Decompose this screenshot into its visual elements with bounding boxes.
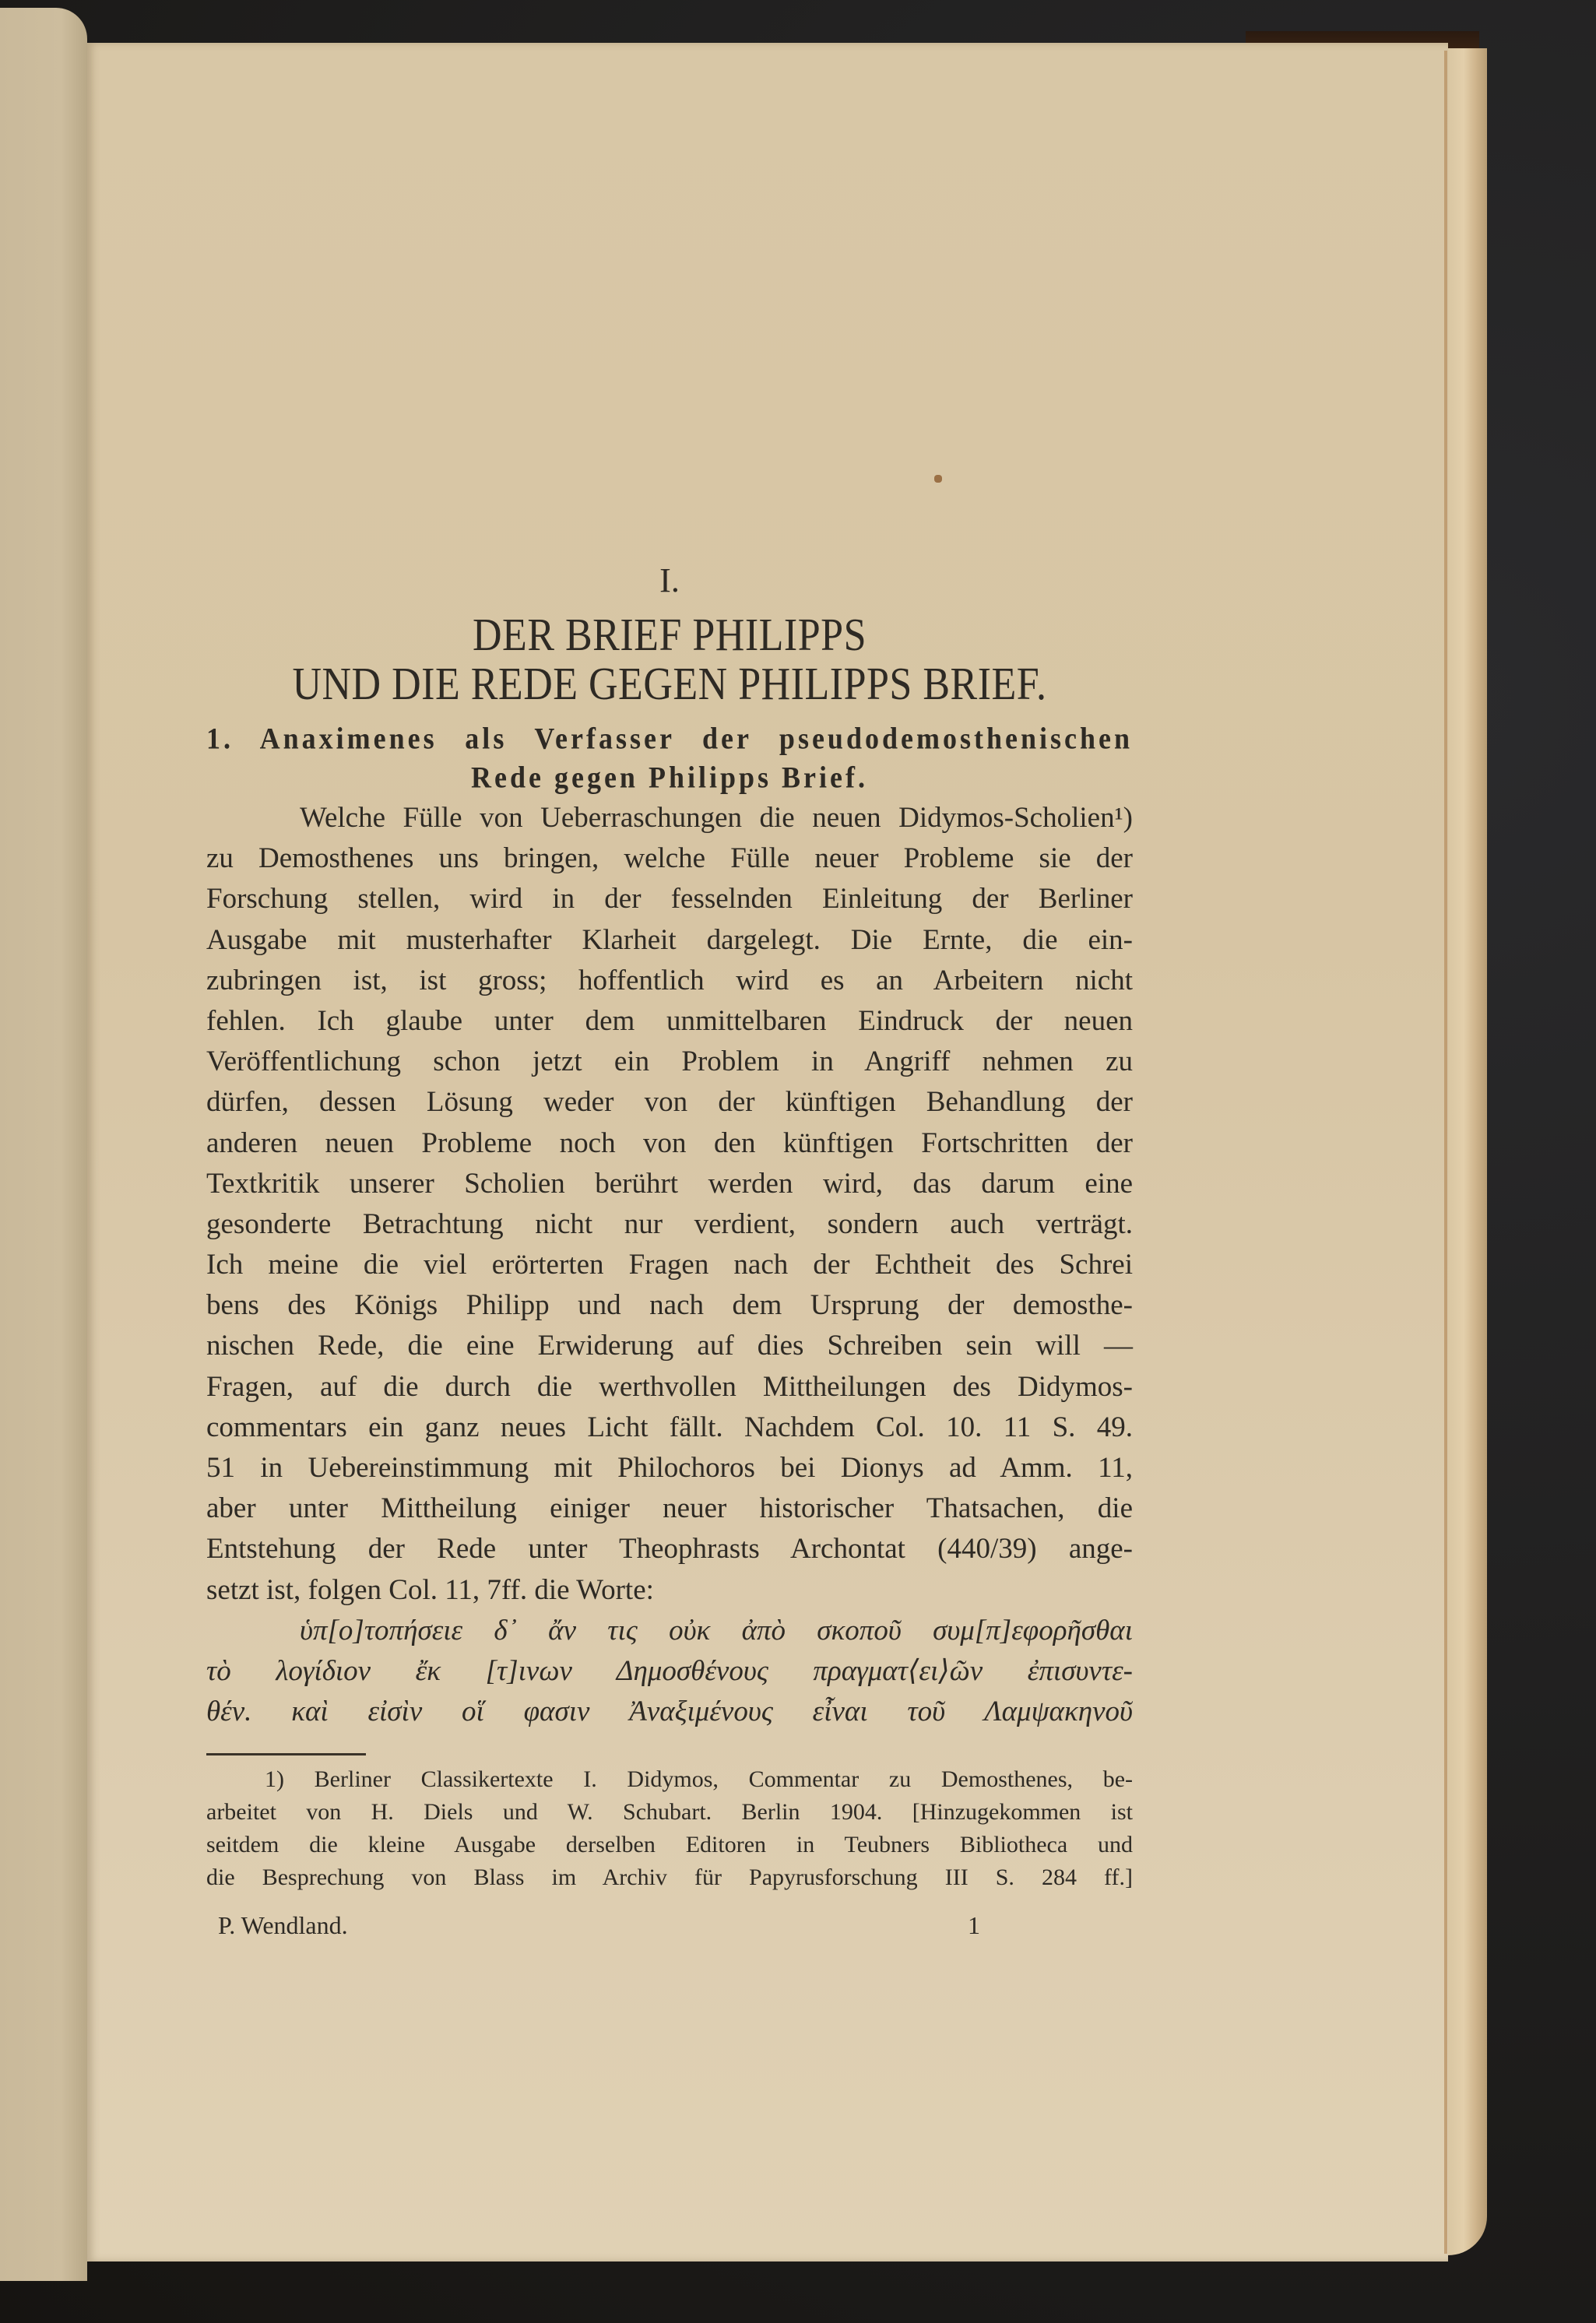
section-heading-line-1: 1. Anaximenes als Verfasser der pseudode…	[206, 720, 1133, 756]
page-stack-edge	[1448, 48, 1487, 2255]
body-line: Entstehung der Rede unter Theophrasts Ar…	[206, 1529, 1133, 1569]
body-line: bens des Königs Philipp und nach dem Urs…	[206, 1285, 1133, 1326]
body-line: zu Demosthenes uns bringen, welche Fülle…	[206, 838, 1133, 879]
body-line: Welche Fülle von Ueberraschungen die neu…	[206, 798, 1133, 838]
page-number: 1	[968, 1911, 980, 1940]
greek-quote-line: θέν. καὶ εἰσὶν οἵ φασιν Ἀναξιμένους εἶνα…	[206, 1692, 1133, 1732]
chapter-number: I.	[206, 561, 1133, 600]
body-line: gesonderte Betrachtung nicht nur verdien…	[206, 1204, 1133, 1245]
title-line-1: DER BRIEF PHILIPPS	[206, 609, 1133, 662]
body-line: anderen neuen Probleme noch von den künf…	[206, 1123, 1133, 1164]
footnote-line: seitdem die kleine Ausgabe derselben Edi…	[206, 1829, 1133, 1861]
footnote-line: arbeitet von H. Diels und W. Schubart. B…	[206, 1796, 1133, 1829]
body-line: nischen Rede, die eine Erwiderung auf di…	[206, 1326, 1133, 1366]
body-line: Forschung stellen, wird in der fesselnde…	[206, 879, 1133, 919]
footnote-line: die Besprechung von Blass im Archiv für …	[206, 1861, 1133, 1894]
body-line: commentars ein ganz neues Licht fällt. N…	[206, 1408, 1133, 1448]
body-line: Fragen, auf die durch die werthvollen Mi…	[206, 1367, 1133, 1408]
paper-stain	[934, 475, 942, 483]
signature: P. Wendland.	[218, 1911, 348, 1940]
footnotes: 1) Berliner Classikertexte I. Didymos, C…	[206, 1763, 1133, 1894]
left-page-edge	[0, 8, 87, 2281]
body-line: fehlen. Ich glaube unter dem unmittelbar…	[206, 1001, 1133, 1042]
greek-quote-line: ὑπ[ο]τοπήσειε δ᾽ ἄν τις οὐκ ἀπὸ σκοποῦ σ…	[206, 1611, 1133, 1651]
body-line: setzt ist, folgen Col. 11, 7ff. die Wort…	[206, 1570, 1133, 1611]
page-fold-line	[1444, 51, 1447, 2254]
footnote-separator	[206, 1753, 366, 1755]
body-line: aber unter Mittheilung einiger neuer his…	[206, 1488, 1133, 1529]
greek-quote-line: τὸ λογίδιον ἔκ [τ]ινων Δημοσθένους πραγμ…	[206, 1651, 1133, 1692]
body-line: dürfen, dessen Lösung weder von der künf…	[206, 1082, 1133, 1123]
body-line: Veröffentlichung schon jetzt ein Problem…	[206, 1042, 1133, 1082]
title-line-2: UND DIE REDE GEGEN PHILIPPS BRIEF.	[206, 658, 1133, 711]
body-line: Ich meine die viel erörterten Fragen nac…	[206, 1245, 1133, 1285]
body-line: Textkritik unserer Scholien berührt werd…	[206, 1164, 1133, 1204]
body-line: Ausgabe mit musterhafter Klarheit dargel…	[206, 920, 1133, 961]
body-line: 51 in Uebereinstimmung mit Philochoros b…	[206, 1448, 1133, 1488]
body-text: Welche Fülle von Ueberraschungen die neu…	[206, 798, 1133, 1732]
section-heading-line-2: Rede gegen Philipps Brief.	[206, 759, 1133, 795]
body-line: zubringen ist, ist gross; hoffentlich wi…	[206, 961, 1133, 1001]
footnote-line: 1) Berliner Classikertexte I. Didymos, C…	[206, 1763, 1133, 1796]
